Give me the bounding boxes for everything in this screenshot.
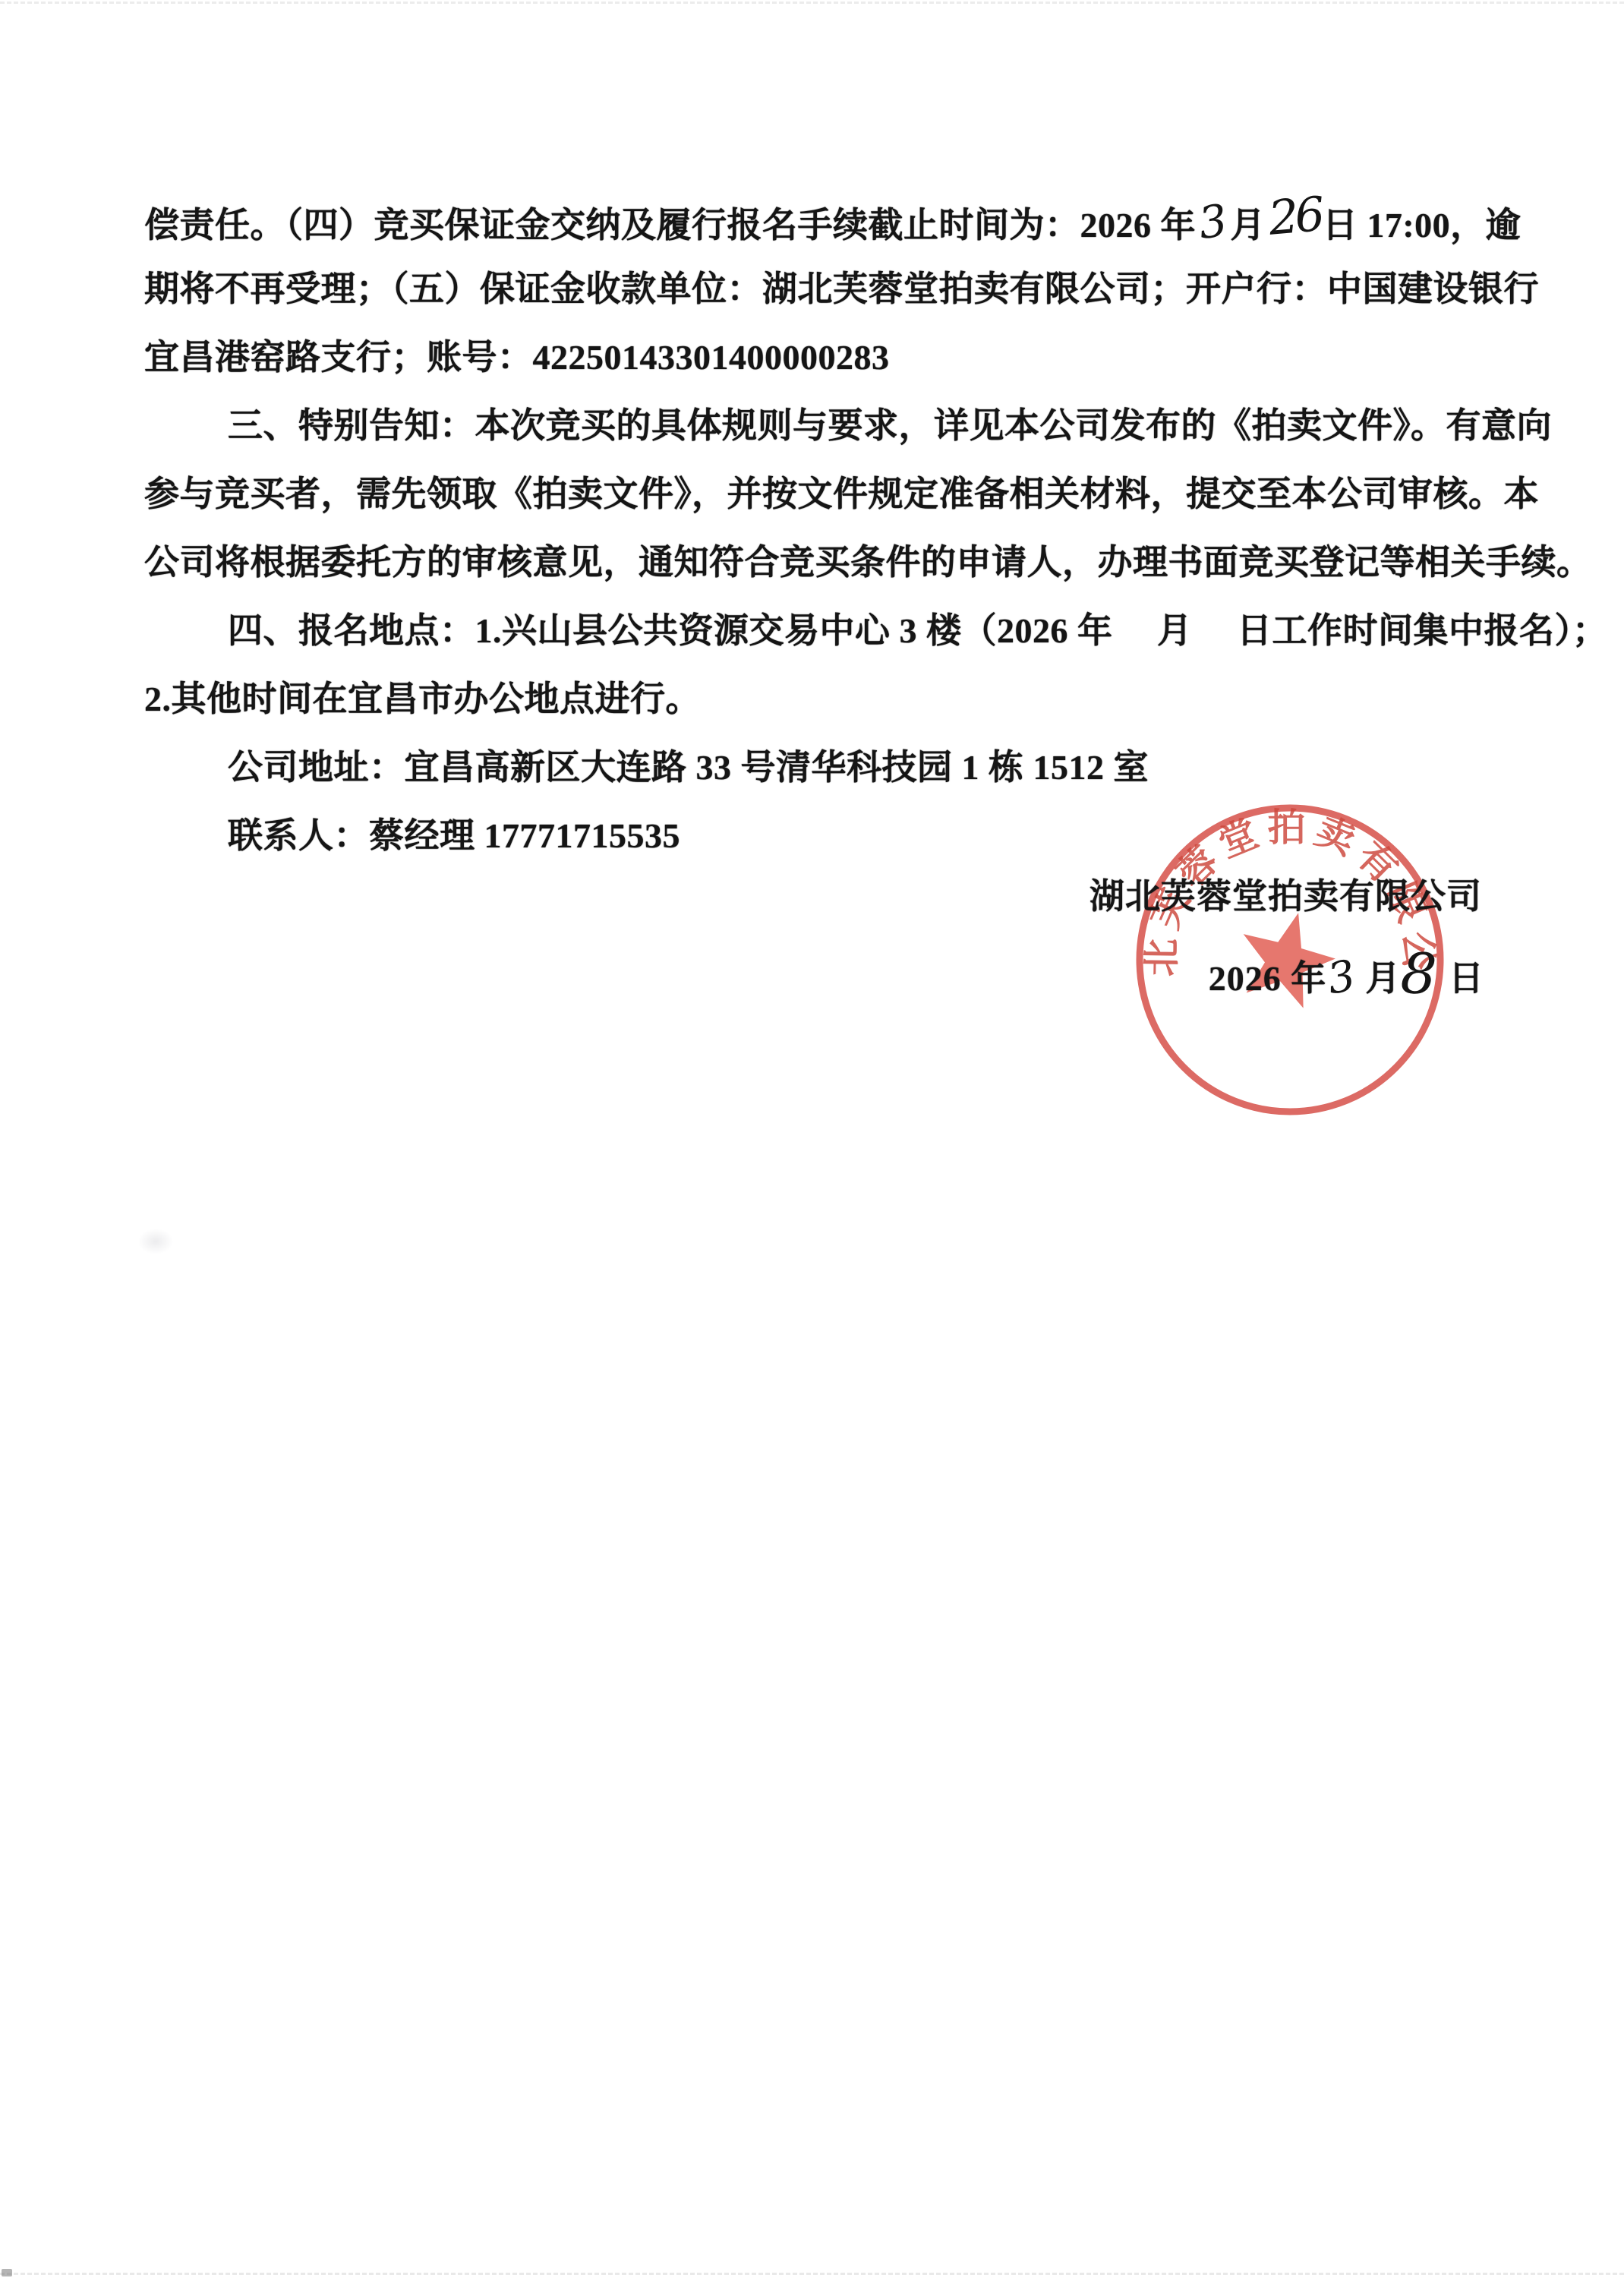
body-line-10-contact: 联系人：蔡经理 17771715535 [144,802,1522,870]
body-line-6: 公司将根据委托方的审核意见，通知符合竞买条件的申请人，办理书面竞买登记等相关手续… [144,528,1522,597]
handwritten-day-1: 26 [1266,180,1323,253]
signature-company-name: 湖北芙蓉堂拍卖有限公司 [1089,869,1482,919]
date-day-char: 日 [1449,959,1484,998]
body-line-5: 参与竞买者，需先领取《拍卖文件》，并按文件规定准备相关材料，提交至本公司审核。本 [144,460,1522,528]
line1-tail: 日 17:00，逾 [1323,206,1521,245]
body-line-7: 四、报名地点：1.兴山县公共资源交易中心 3 楼（2026 年 月 日工作时间集… [144,597,1522,665]
handwritten-day-2: 8 [1399,941,1440,1008]
scan-artifact-bottom-edge [0,2273,1624,2275]
line1-month-char: 月 [1230,206,1266,245]
scanned-document-page: 湖北芙蓉堂拍卖有限公司 偿责任。（四）竞买保证金交纳及履行报名手续截止时间为：2… [0,0,1624,2278]
scan-smudge [138,1229,173,1254]
body-line-3: 宜昌港窑路支行；账号：42250143301400000283 [144,323,1522,392]
date-month-char: 月 [1365,959,1401,998]
body-line-2: 期将不再受理；（五）保证金收款单位：湖北芙蓉堂拍卖有限公司；开户行：中国建设银行 [144,255,1522,323]
body-line-9-address: 公司地址：宜昌高新区大连路 33 号清华科技园 1 栋 1512 室 [144,734,1522,802]
line1-text: 偿责任。（四）竞买保证金交纳及履行报名手续截止时间为：2026 年 [144,206,1196,245]
scan-artifact-corner-mark [2,2269,12,2276]
date-year: 2026 年 [1209,959,1327,998]
body-line-4: 三、特别告知：本次竞买的具体规则与要求，详见本公司发布的《拍卖文件》。有意向 [144,392,1522,460]
scan-artifact-top-edge [0,2,1624,4]
body-line-1: 偿责任。（四）竞买保证金交纳及履行报名手续截止时间为：2026 年3月26日 1… [144,187,1522,255]
handwritten-month-2: 3 [1324,951,1360,1004]
document-body: 偿责任。（四）竞买保证金交纳及履行报名手续截止时间为：2026 年3月26日 1… [144,187,1522,870]
signature-date: 2026 年3 月8 日 [1209,939,1484,1004]
handwritten-month-1: 3 [1194,186,1232,257]
body-line-8: 2.其他时间在宜昌市办公地点进行。 [144,665,1522,734]
